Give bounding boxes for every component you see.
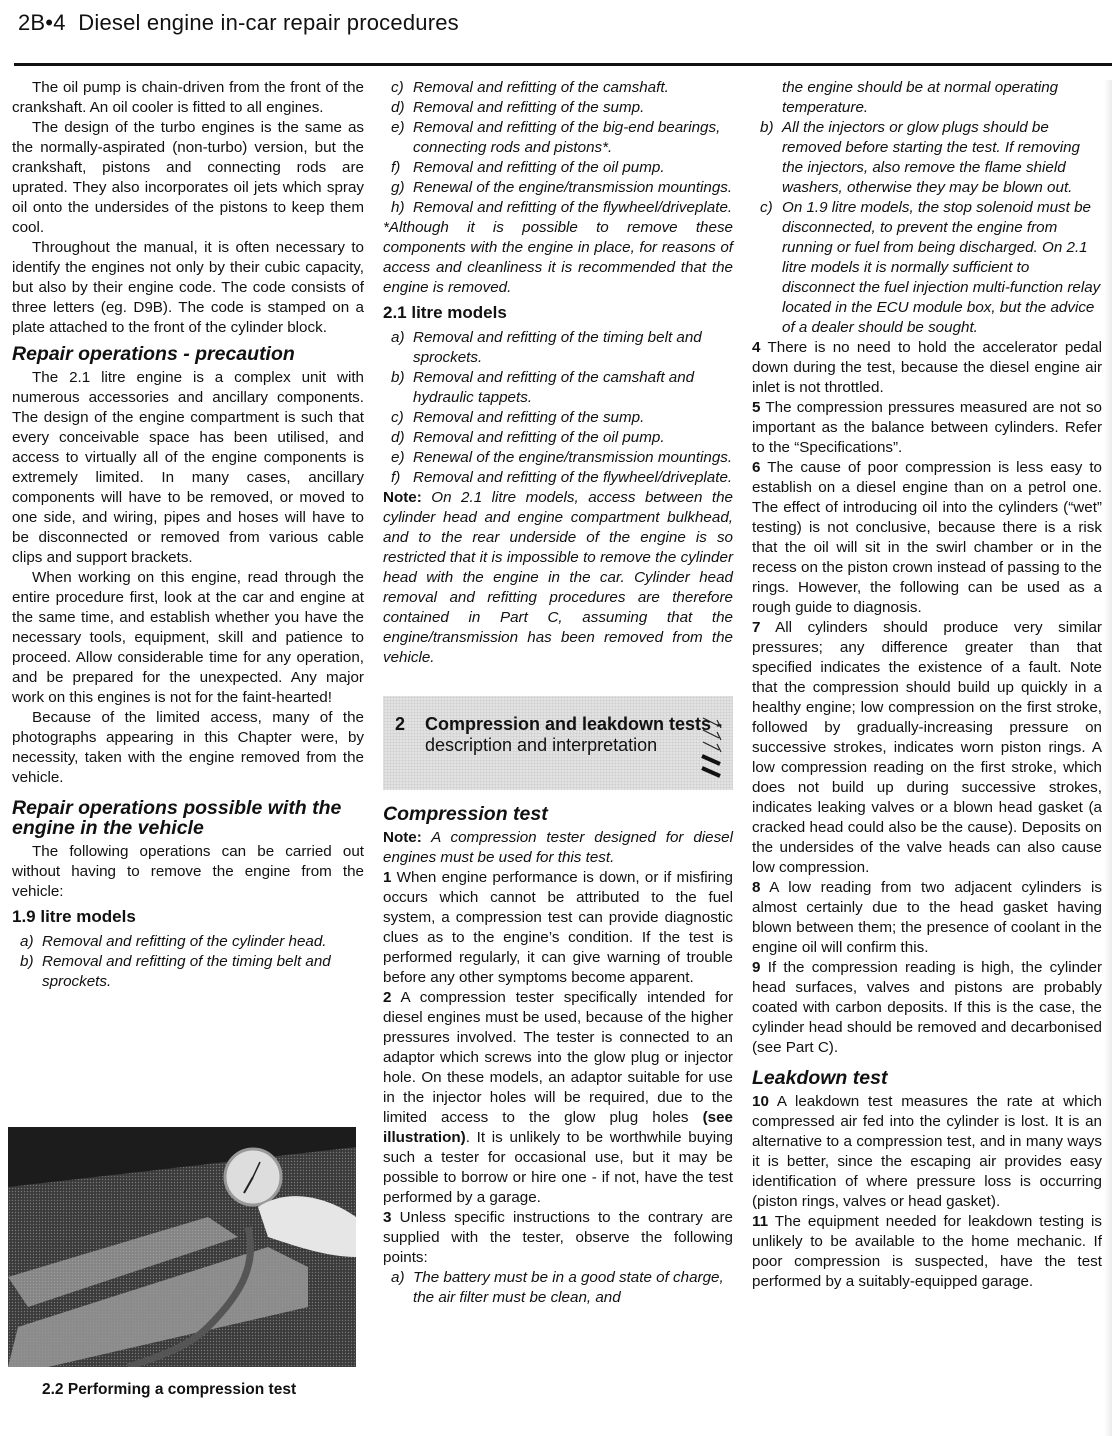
list-item: c)On 1.9 litre models, the stop solenoid… [760, 198, 1102, 338]
scan-edge-shadow [1104, 80, 1112, 1436]
section-number: 2 [395, 714, 405, 734]
page-header: 2B•4 Diesel engine in-car repair procedu… [18, 10, 459, 36]
step-1: 1 When engine performance is down, or if… [383, 868, 733, 988]
list-item: d)Removal and refitting of the sump. [391, 98, 733, 118]
column-1: The oil pump is chain-driven from the fr… [12, 78, 364, 992]
step-9: 9 If the compression reading is high, th… [752, 958, 1102, 1058]
heading-compression-test: Compression test [383, 804, 733, 824]
list-item: c)Removal and refitting of the sump. [391, 408, 733, 428]
list-item: a)The battery must be in a good state of… [391, 1268, 733, 1308]
list-item: e)Renewal of the engine/transmission mou… [391, 448, 733, 468]
list-item: c)Removal and refitting of the camshaft. [391, 78, 733, 98]
list-item: the engine should be at normal operating… [760, 78, 1102, 118]
list-1-9-litre-continued: c)Removal and refitting of the camshaft.… [383, 78, 733, 218]
heading-leakdown-test: Leakdown test [752, 1068, 1102, 1088]
footnote: *Although it is possible to remove these… [383, 218, 733, 298]
paragraph: The 2.1 litre engine is a complex unit w… [12, 368, 364, 568]
list-item: b)Removal and refitting of the timing be… [20, 952, 364, 992]
paragraph: The following operations can be carried … [12, 842, 364, 902]
list-item: b)Removal and refitting of the camshaft … [391, 368, 733, 408]
section-title: Compression and leakdown tests - descrip… [425, 714, 722, 756]
section-heading-box: 2 Compression and leakdown tests - descr… [383, 696, 733, 790]
engine-photo-illustration [8, 1127, 356, 1367]
list-item: b)All the injectors or glow plugs should… [760, 118, 1102, 198]
spanner-difficulty-icon [699, 710, 725, 780]
column-3: the engine should be at normal operating… [752, 78, 1102, 1292]
paragraph: When working on this engine, read throug… [12, 568, 364, 708]
step-3-list: a)The battery must be in a good state of… [383, 1268, 733, 1308]
heading-possible-operations: Repair operations possible with the engi… [12, 798, 364, 838]
heading-2-1-litre: 2.1 litre models [383, 302, 733, 324]
list-2-1-litre: a)Removal and refitting of the timing be… [383, 328, 733, 488]
list-item: e)Removal and refitting of the big-end b… [391, 118, 733, 158]
note-2-1-litre: Note: On 2.1 litre models, access betwee… [383, 488, 733, 668]
step-7: 7 All cylinders should produce very simi… [752, 618, 1102, 878]
list-item: f)Removal and refitting of the flywheel/… [391, 468, 733, 488]
header-rule [14, 63, 1112, 66]
compression-test-photo [8, 1127, 356, 1367]
step-5: 5 The compression pressures measured are… [752, 398, 1102, 458]
heading-1-9-litre: 1.9 litre models [12, 906, 364, 928]
page-title: Diesel engine in-car repair procedures [78, 10, 459, 35]
step-3: 3 Unless specific instructions to the co… [383, 1208, 733, 1268]
step-2: 2 A compression tester specifically inte… [383, 988, 733, 1208]
heading-precaution: Repair operations - precaution [12, 344, 364, 364]
list-item: g)Renewal of the engine/transmission mou… [391, 178, 733, 198]
note-compression-tester: Note: A compression tester designed for … [383, 828, 733, 868]
paragraph: The oil pump is chain-driven from the fr… [12, 78, 364, 118]
step-11: 11 The equipment needed for leakdown tes… [752, 1212, 1102, 1292]
list-item: h)Removal and refitting of the flywheel/… [391, 198, 733, 218]
paragraph: The design of the turbo engines is the s… [12, 118, 364, 238]
list-item: f)Removal and refitting of the oil pump. [391, 158, 733, 178]
figure-caption: 2.2 Performing a compression test [42, 1381, 296, 1399]
step-3-list-continued: the engine should be at normal operating… [752, 78, 1102, 338]
list-1-9-litre: a)Removal and refitting of the cylinder … [12, 932, 364, 992]
column-2: c)Removal and refitting of the camshaft.… [383, 78, 733, 1308]
list-item: a)Removal and refitting of the cylinder … [20, 932, 364, 952]
step-6: 6 The cause of poor compression is less … [752, 458, 1102, 618]
page-number: 2B•4 [18, 10, 66, 35]
paragraph: Because of the limited access, many of t… [12, 708, 364, 788]
paragraph: Throughout the manual, it is often neces… [12, 238, 364, 338]
step-8: 8 A low reading from two adjacent cylind… [752, 878, 1102, 958]
list-item: d)Removal and refitting of the oil pump. [391, 428, 733, 448]
step-10: 10 A leakdown test measures the rate at … [752, 1092, 1102, 1212]
step-4: 4 There is no need to hold the accelerat… [752, 338, 1102, 398]
list-item: a)Removal and refitting of the timing be… [391, 328, 733, 368]
